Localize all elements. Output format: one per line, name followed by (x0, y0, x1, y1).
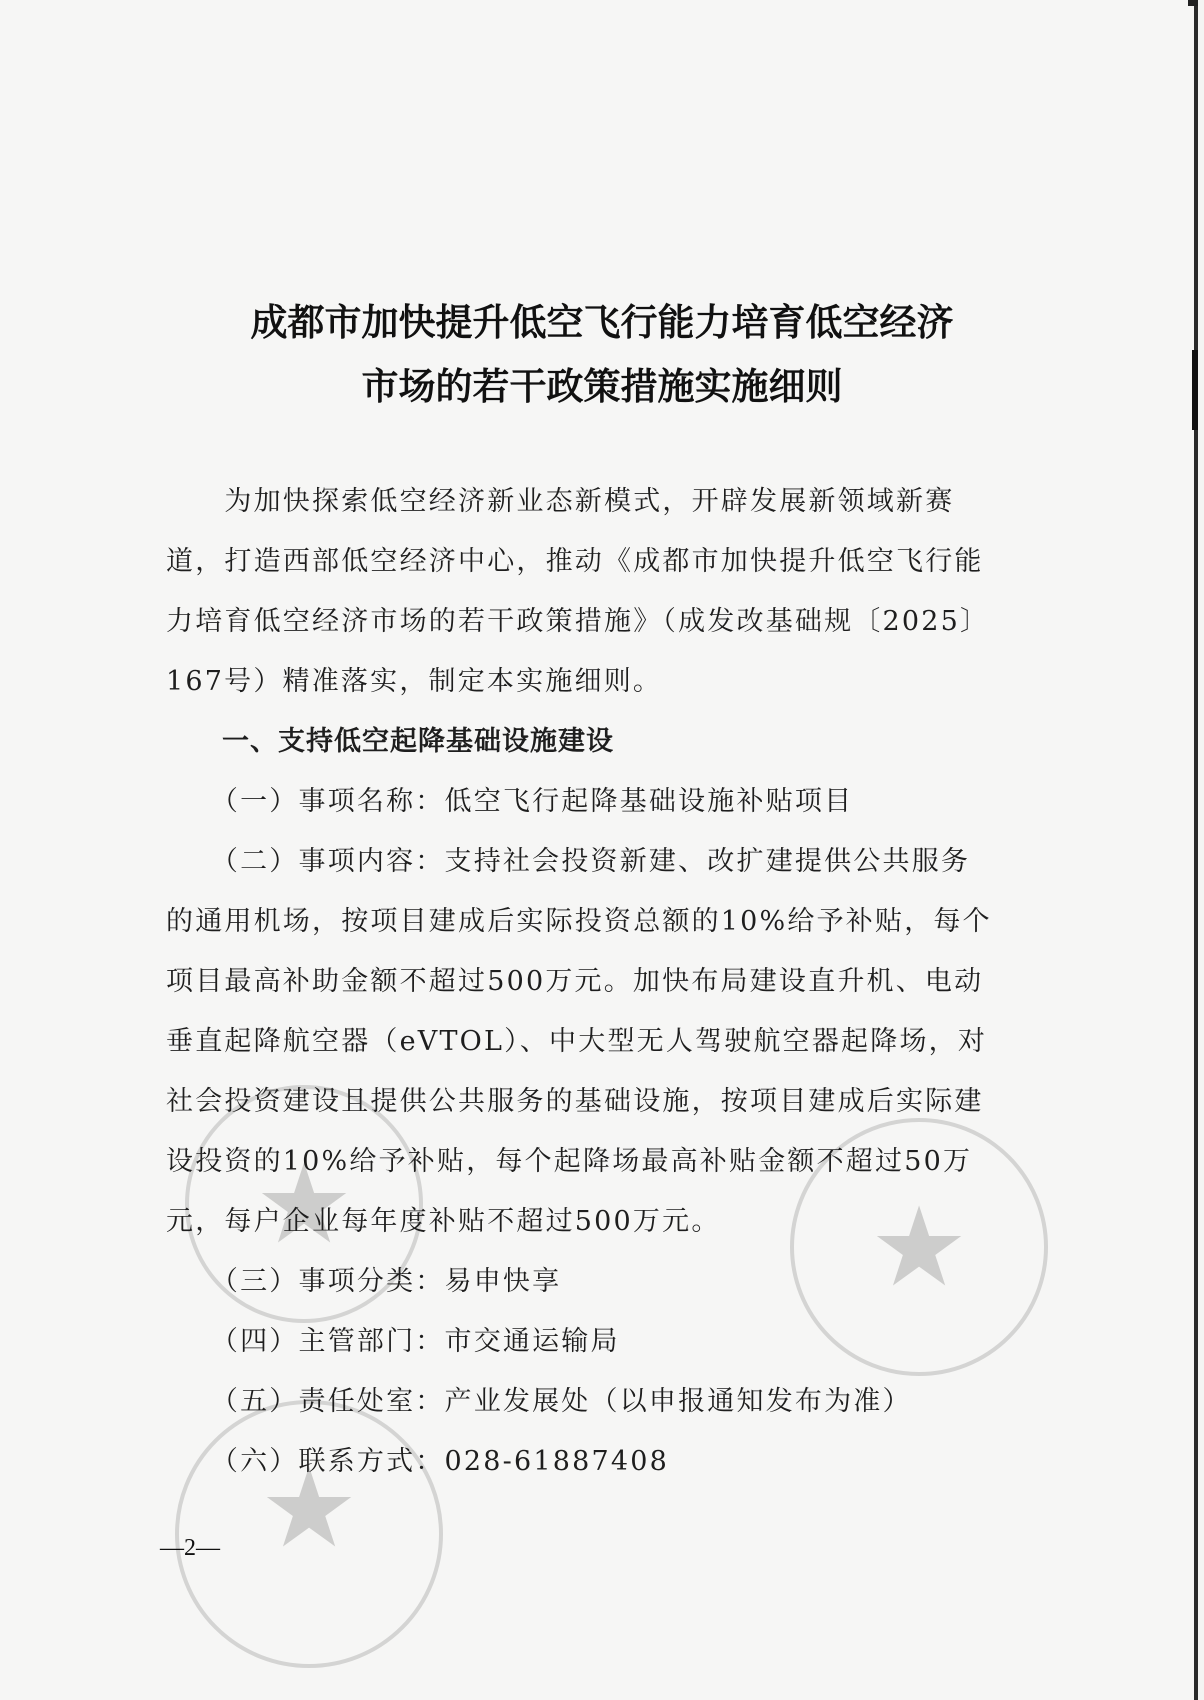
body-line: 167号）精准落实，制定本实施细则。 (166, 652, 1050, 712)
body-line: 的通用机场，按项目建成后实际投资总额的10%给予补贴，每个 (166, 892, 1050, 952)
item-contact: （六）联系方式：028-61887408 (166, 1432, 1050, 1492)
body-line: 为加快探索低空经济新业态新模式，开辟发展新领域新赛 (166, 472, 1050, 532)
document-page: ★ ★ ★ 成都市加快提升低空飞行能力培育低空经济 市场的若干政策措施实施细则 … (0, 0, 1198, 1700)
document-title-line-2: 市场的若干政策措施实施细则 (150, 356, 1054, 410)
body-line: 元，每户企业每年度补贴不超过500万元。 (166, 1192, 1050, 1252)
body-line: 道，打造西部低空经济中心，推动《成都市加快提升低空飞行能 (166, 532, 1050, 592)
page-number: —2— (160, 1535, 220, 1562)
scan-edge (1194, 0, 1198, 1700)
item-office: （五）责任处室：产业发展处（以申报通知发布为准） (166, 1372, 1050, 1432)
body-line: 社会投资建设且提供公共服务的基础设施，按项目建成后实际建 (166, 1072, 1050, 1132)
body-line: 力培育低空经济市场的若干政策措施》（成发改基础规〔2025〕 (166, 592, 1050, 652)
section-heading: 一、支持低空起降基础设施建设 (166, 712, 1050, 772)
item-category: （三）事项分类：易申快享 (166, 1252, 1050, 1312)
item-department: （四）主管部门：市交通运输局 (166, 1312, 1050, 1372)
body-line: 项目最高补助金额不超过500万元。加快布局建设直升机、电动 (166, 952, 1050, 1012)
item-content: （二）事项内容：支持社会投资新建、改扩建提供公共服务 (166, 832, 1050, 892)
body-line: 垂直起降航空器（eVTOL）、中大型无人驾驶航空器起降场，对 (166, 1012, 1050, 1072)
scan-corner (1188, 0, 1198, 6)
document-title-line-1: 成都市加快提升低空飞行能力培育低空经济 (150, 292, 1054, 346)
body-line: 设投资的10%给予补贴，每个起降场最高补贴金额不超过50万 (166, 1132, 1050, 1192)
scan-edge-mark (1192, 350, 1198, 430)
item-name: （一）事项名称：低空飞行起降基础设施补贴项目 (166, 772, 1050, 832)
